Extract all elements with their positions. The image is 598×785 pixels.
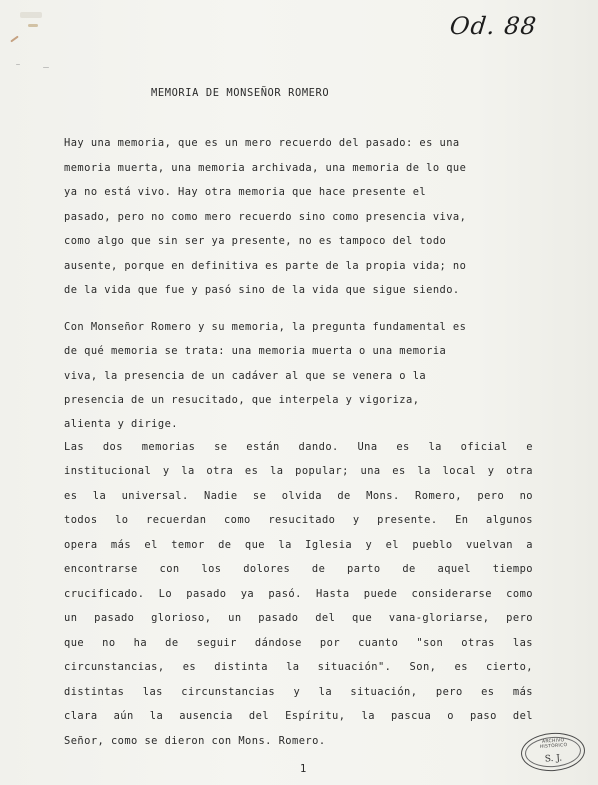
text-line: crucificado. Lo pasado ya pasó. Hasta pu…: [64, 588, 533, 600]
text-line: Con Monseñor Romero y su memoria, la pre…: [64, 321, 466, 333]
paper-mark: [43, 67, 49, 68]
text-line: que no ha de seguir dándose por cuanto "…: [64, 637, 533, 649]
paper-mark: [28, 24, 38, 27]
text-line: ya no está vivo. Hay otra memoria que ha…: [64, 186, 426, 198]
document-page: Od. 88 MEMORIA DE MONSEÑOR ROMERO Hay un…: [0, 0, 598, 785]
text-line: un pasado glorioso, un pasado del que va…: [64, 612, 533, 624]
text-line: alienta y dirige.: [64, 418, 178, 430]
text-line: de la vida que fue y pasó sino de la vid…: [64, 284, 460, 296]
text-line: distintas las circunstancias y la situac…: [64, 686, 533, 698]
text-line: ausente, porque en definitiva es parte d…: [64, 260, 466, 272]
text-line: Las dos memorias se están dando. Una es …: [64, 441, 533, 453]
document-title: MEMORIA DE MONSEÑOR ROMERO: [151, 87, 329, 99]
page-number: 1: [300, 763, 306, 775]
text-line: institucional y la otra es la popular; u…: [64, 465, 533, 477]
text-line: opera más el temor de que la Iglesia y e…: [64, 539, 533, 551]
text-line: pasado, pero no como mero recuerdo sino …: [64, 211, 466, 223]
text-line: es la universal. Nadie se olvida de Mons…: [64, 490, 533, 502]
text-line: clara aún la ausencia del Espíritu, la p…: [64, 710, 533, 722]
paper-mark: [20, 12, 42, 18]
paper-mark: [16, 64, 20, 65]
text-line: presencia de un resucitado, que interpel…: [64, 394, 419, 406]
paper-mark: [10, 36, 19, 43]
archive-stamp: ARCHIVO HISTÓRICO S. J.: [520, 731, 586, 773]
text-line: de qué memoria se trata: una memoria mue…: [64, 345, 446, 357]
text-line: viva, la presencia de un cadáver al que …: [64, 370, 426, 382]
text-line: memoria muerta, una memoria archivada, u…: [64, 162, 466, 174]
text-line: circunstancias, es distinta la situación…: [64, 661, 533, 673]
text-line: Señor, como se dieron con Mons. Romero.: [64, 735, 326, 747]
text-line: como algo que sin ser ya presente, no es…: [64, 235, 446, 247]
text-line: todos lo recuerdan como resucitado y pre…: [64, 514, 533, 526]
text-line: encontrarse con los dolores de parto de …: [64, 563, 533, 575]
handwritten-note: Od. 88: [449, 12, 539, 40]
text-line: Hay una memoria, que es un mero recuerdo…: [64, 137, 460, 149]
